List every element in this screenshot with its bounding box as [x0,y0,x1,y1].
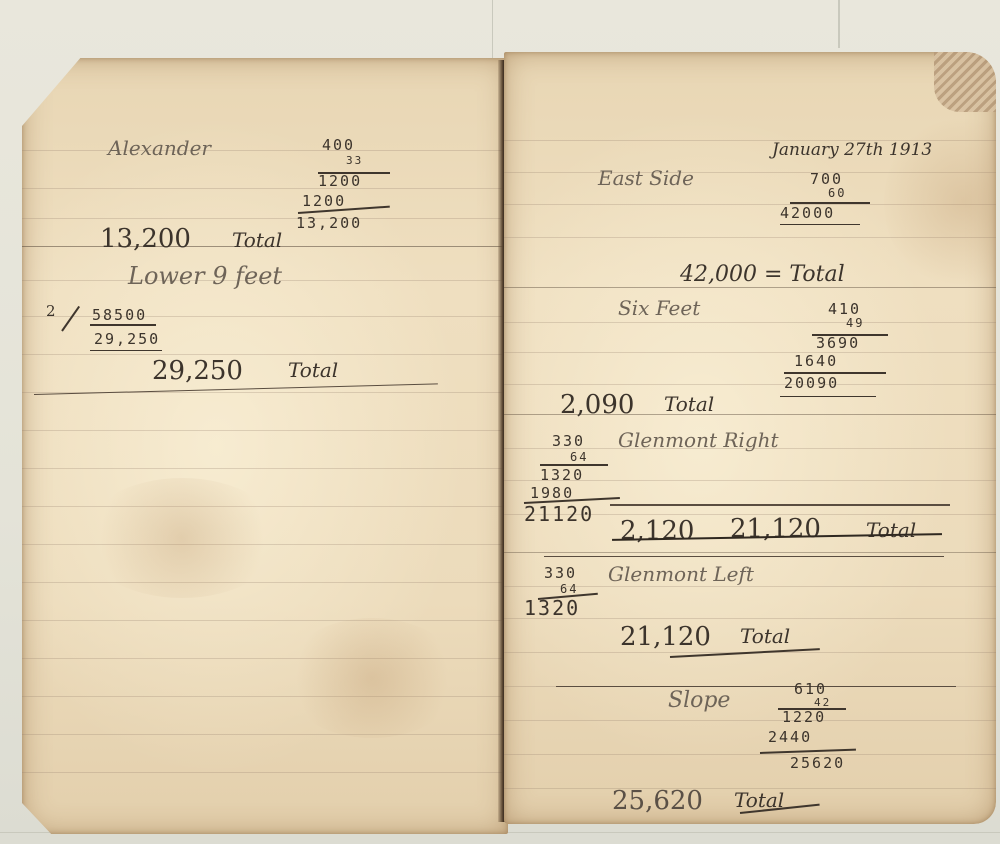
total-label: Total [232,228,282,252]
six-partial-1: 3690 [816,334,860,352]
total-value: 13,200 [100,224,191,254]
table-edge-line [838,0,840,48]
six-result: 20090 [784,374,839,392]
entry-date: January 27th 1913 [772,140,932,160]
glenmont-right-operand-b: 64 [570,450,588,464]
subheading-lower-9-feet: Lower 9 feet [128,262,282,290]
label-east-side: East Side [598,166,694,190]
glenmont-left-operand-a: 330 [544,564,577,582]
total-value-2: 29,250 [152,356,243,386]
division-dividend: 58500 [92,306,147,324]
calc-partial-1: 1200 [318,172,362,190]
slope-partial-2: 2440 [768,728,812,746]
division-divisor: 2 [46,302,56,320]
label-six-feet: Six Feet [618,296,700,320]
final-total-value: 25,620 [612,786,703,816]
glenmont-right-result: 21120 [524,502,594,526]
six-partial-2: 1640 [794,352,838,370]
division-quotient: 29,250 [94,330,160,348]
six-operand-b: 49 [846,316,864,330]
notebook-left-page [22,58,508,834]
calc-operand-a: 400 [322,136,355,154]
east-result: 42000 [780,204,835,222]
east-operand-b: 60 [828,186,846,200]
crossed-total-label: Total [866,518,916,542]
six-total-value: 2,090 [560,390,634,420]
calc-operand-b: 33 [346,154,363,167]
label-glenmont-right: Glenmont Right [618,428,779,452]
total-label-2: Total [288,358,338,382]
table-edge-line [492,0,493,60]
glenmont-right-partial-1: 1320 [540,466,584,484]
glenmont-right-operand-a: 330 [552,432,585,450]
heading-alexander: Alexander [108,136,211,160]
slope-result: 25620 [790,754,845,772]
crossed-old-total: 2,120 [620,516,694,546]
label-glenmont-left: Glenmont Left [608,562,754,586]
calc-partial-2: 1200 [302,192,346,210]
slope-partial-1: 1220 [782,708,826,726]
label-slope: Slope [668,688,730,713]
six-total-label: Total [664,392,714,416]
glenmont-left-result: 1320 [524,596,580,620]
glenmont-left-total-label: Total [740,624,790,648]
dog-eared-corner [934,52,996,112]
glenmont-left-total-value: 21,120 [620,622,711,652]
east-total: 42,000 = Total [680,262,845,287]
crossed-total-value: 21,120 [730,514,821,544]
calc-result: 13,200 [296,214,362,232]
